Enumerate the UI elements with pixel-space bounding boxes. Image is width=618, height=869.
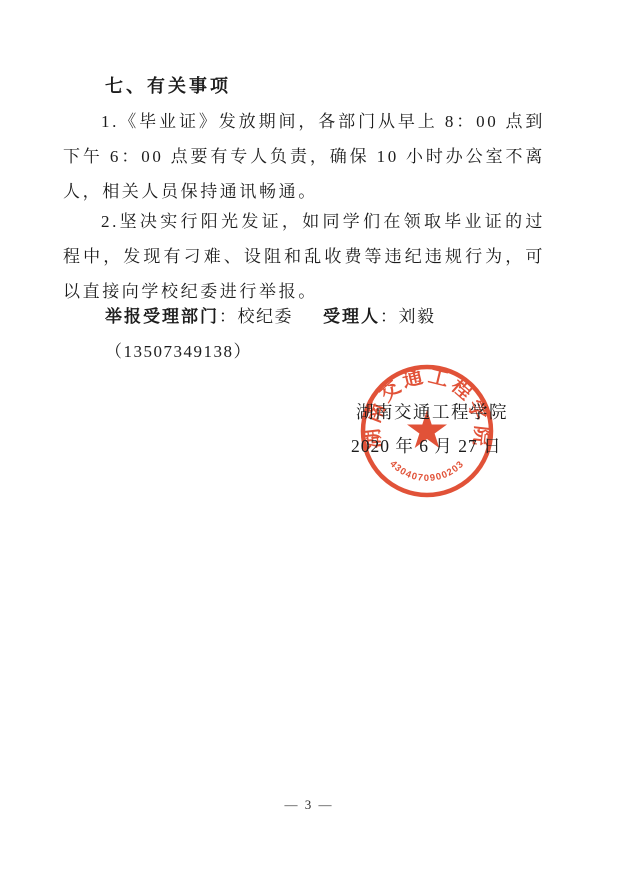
report-dept-label: 举报受理部门: [105, 307, 219, 326]
report-person-label: 受理人: [323, 307, 380, 326]
seal-serial-number: 4304070900203: [387, 459, 466, 484]
svg-text:4304070900203: 4304070900203: [387, 459, 466, 484]
section-heading: 七、有关事项: [105, 72, 231, 98]
signature-date: 2020 年 6 月 27 日: [351, 433, 502, 458]
document-page: 七、有关事项 1.《毕业证》发放期间，各部门从早上 8：00 点到下午 6：00…: [0, 0, 618, 869]
report-dept-value: ：校纪委: [219, 307, 293, 326]
signature-org: 湖南交通工程学院: [356, 399, 508, 424]
official-seal: 湖南交通工程学院 4304070900203: [347, 351, 507, 511]
page-number: — 3 —: [0, 797, 618, 813]
paragraph-1: 1.《毕业证》发放期间，各部门从早上 8：00 点到下午 6：00 点要有专人负…: [63, 104, 545, 209]
paragraph-2: 2.坚决实行阳光发证，如同学们在领取毕业证的过程中，发现有刁难、设阻和乱收费等违…: [63, 204, 545, 309]
